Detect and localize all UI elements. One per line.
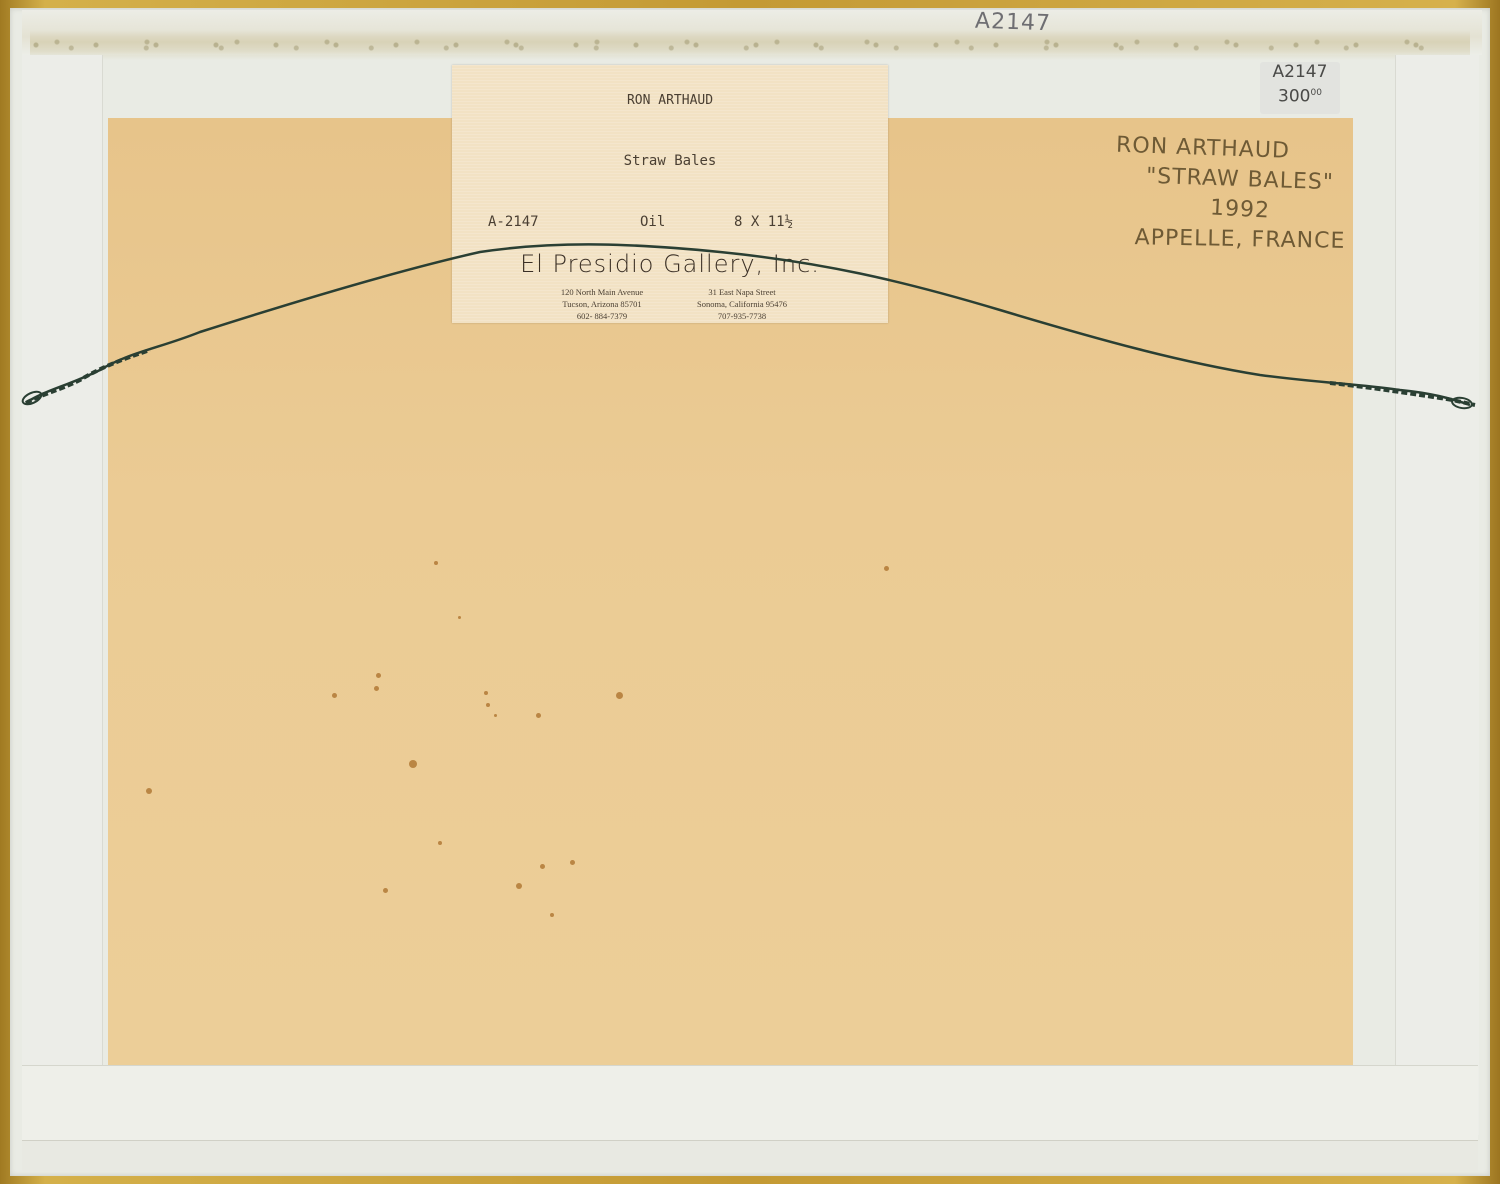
foxing-spot (383, 888, 388, 893)
label-gallery-name: El Presidio Gallery, Inc. (452, 250, 888, 278)
address-city: Tucson, Arizona 85701 (532, 298, 672, 310)
label-address-tucson: 120 North Main Avenue Tucson, Arizona 85… (532, 286, 672, 322)
foxing-spot (332, 693, 337, 698)
foxing-spot (376, 673, 381, 678)
foxing-spot (438, 841, 442, 845)
foxing-spot (486, 703, 490, 707)
gallery-label-card: RON ARTHAUD Straw Bales A-2147 Oil 8 X 1… (452, 65, 888, 323)
address-street: 120 North Main Avenue (532, 286, 672, 298)
foxing-spot (494, 714, 497, 717)
foxing-spot (536, 713, 541, 718)
inscription-location: APPELLE, FRANCE (1110, 223, 1370, 258)
address-phone: 707-935-7738 (677, 310, 807, 322)
address-phone: 602- 884-7379 (532, 310, 672, 322)
foxing-spot (434, 561, 438, 565)
foxing-spot (540, 864, 545, 869)
foxing-spot (374, 686, 379, 691)
tape-strip-bottom (22, 1065, 1478, 1141)
grime-stain (30, 30, 1470, 60)
foxing-spot (516, 883, 522, 889)
label-medium: Oil (640, 214, 665, 230)
tape-strip-left (22, 55, 103, 1135)
pencil-inventory-note: A2147 (975, 9, 1052, 37)
foxing-spot (484, 691, 488, 695)
label-catalog-number: A-2147 (488, 214, 539, 230)
price-sticker-number: A2147 (1260, 62, 1340, 83)
label-title: Straw Bales (452, 153, 888, 169)
tape-strip-right (1395, 55, 1479, 1135)
foxing-spot (884, 566, 889, 571)
label-size: 8 X 11½ (734, 214, 793, 230)
foxing-spot (458, 616, 461, 619)
foxing-spot (616, 692, 623, 699)
label-address-sonoma: 31 East Napa Street Sonoma, California 9… (677, 286, 807, 322)
label-artist: RON ARTHAUD (452, 93, 888, 108)
handwritten-inscription: RON ARTHAUD "STRAW BALES" 1992 APPELLE, … (1110, 135, 1370, 255)
foxing-spot (550, 913, 554, 917)
foxing-spot (570, 860, 575, 865)
foxing-spot (146, 788, 152, 794)
price-sticker-price: 30000 (1260, 83, 1340, 108)
foxing-spot (409, 760, 417, 768)
price-sticker: A2147 30000 (1260, 62, 1340, 114)
address-city: Sonoma, California 95476 (677, 298, 807, 310)
address-street: 31 East Napa Street (677, 286, 807, 298)
tape-strip-bottom-outer (22, 1140, 1478, 1171)
